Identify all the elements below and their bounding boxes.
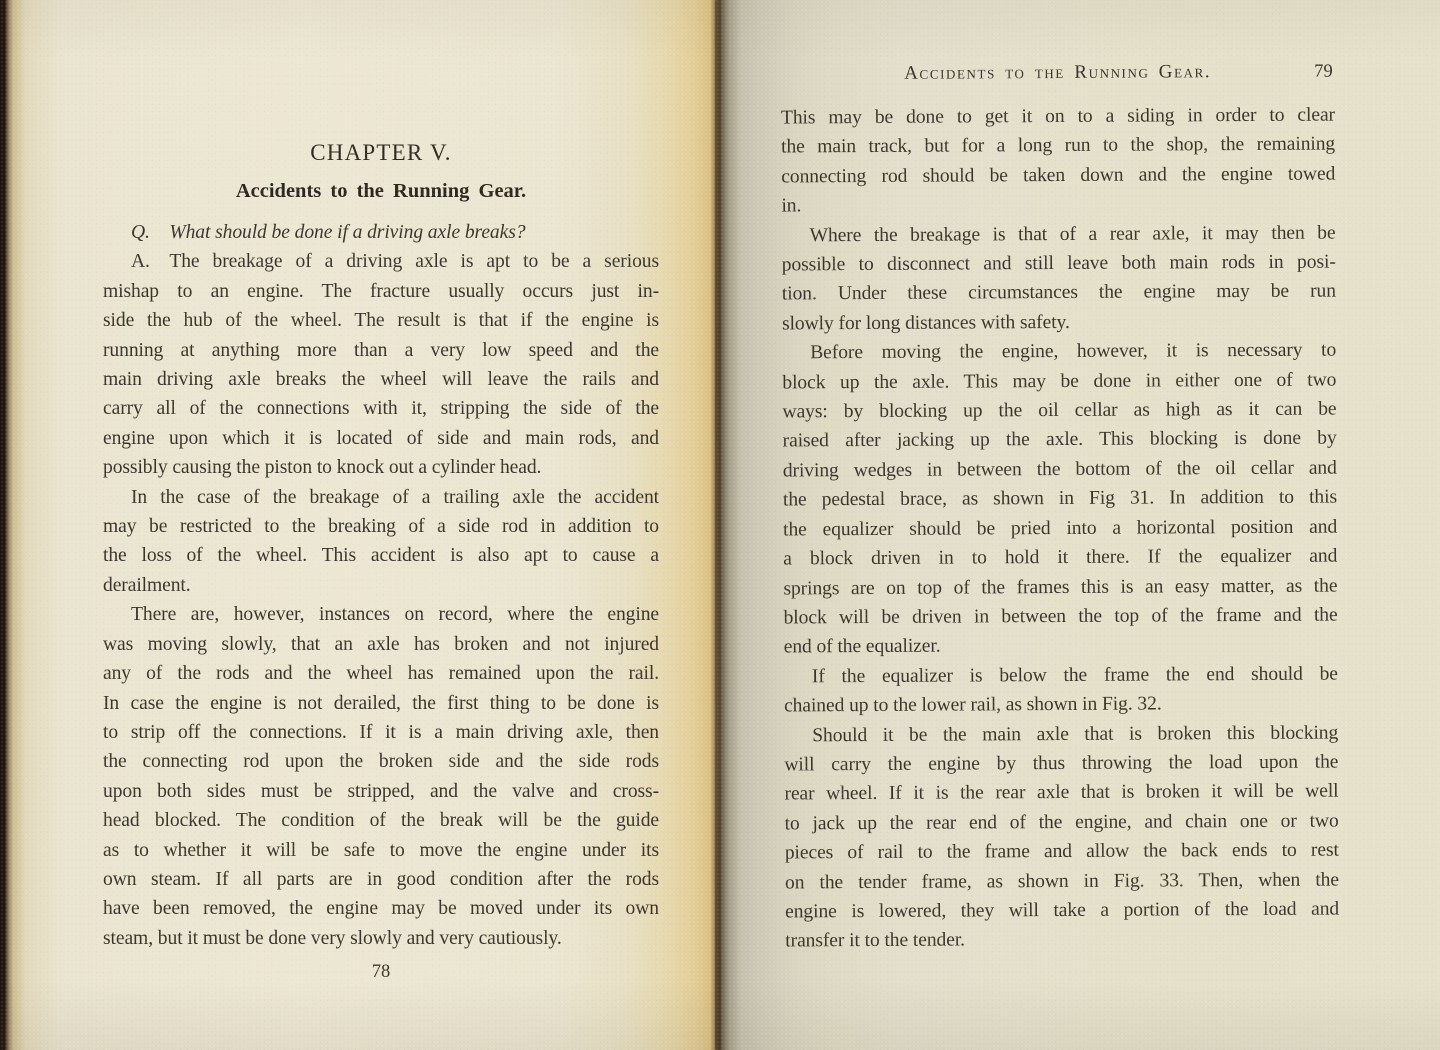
right-page: Accidents to the Running Gear. 79 This m… bbox=[781, 59, 1340, 957]
book-spread: CHAPTER V. Accidents to the Running Gear… bbox=[0, 0, 1440, 1050]
chapter-title: Accidents to the Running Gear. bbox=[103, 178, 659, 204]
text-line: side the hub of the wheel. The result is… bbox=[103, 306, 659, 335]
text-line: steam, but it must be done very slowly a… bbox=[103, 924, 659, 953]
text-line: block up the axle. This may be done in e… bbox=[782, 365, 1336, 397]
text-line: running at anything more than a very low… bbox=[103, 336, 659, 365]
text-line: the pedestal brace, as shown in Fig 31. … bbox=[783, 483, 1337, 515]
left-page: CHAPTER V. Accidents to the Running Gear… bbox=[103, 138, 659, 983]
text-line: Should it be the main axle that is broke… bbox=[784, 718, 1338, 750]
text-line: main driving axle breaks the wheel will … bbox=[103, 365, 659, 394]
paragraph: In the case of the breakage of a trailin… bbox=[103, 483, 659, 601]
text-line: block will be driven in between the top … bbox=[783, 600, 1337, 632]
text-line: on the tender frame, as shown in Fig. 33… bbox=[785, 865, 1339, 897]
text-line: end of the equalizer. bbox=[784, 630, 1338, 662]
text-line: raised after jacking up the axle. This b… bbox=[783, 424, 1337, 456]
paragraph: Should it be the main axle that is broke… bbox=[784, 718, 1339, 956]
text-line: If the equalizer is below the frame the … bbox=[784, 659, 1338, 691]
text-line: to strip off the connections. If it is a… bbox=[103, 718, 659, 747]
text-line: head blocked. The condition of the break… bbox=[103, 806, 659, 835]
text-line: derailment. bbox=[103, 571, 659, 600]
text-line: possible to disconnect and still leave b… bbox=[782, 248, 1336, 280]
paragraph: This may be done to get it on to a sidin… bbox=[781, 101, 1336, 222]
text-line: upon both sides must be stripped, and th… bbox=[103, 777, 659, 806]
text-line: was moving slowly, that an axle has brok… bbox=[103, 630, 659, 659]
running-header: Accidents to the Running Gear. bbox=[781, 59, 1335, 88]
text-line: This may be done to get it on to a sidin… bbox=[781, 101, 1335, 133]
text-line: mishap to an engine. The fracture usuall… bbox=[103, 277, 659, 306]
chapter-heading: CHAPTER V. bbox=[103, 138, 659, 168]
text-line: will carry the engine by thus throwing t… bbox=[784, 747, 1338, 779]
text-line: carry all of the connections with it, st… bbox=[103, 394, 659, 423]
paragraph: If the equalizer is below the frame the … bbox=[784, 659, 1338, 721]
book-gutter-crease bbox=[715, 0, 721, 1050]
text-line: pieces of rail to the frame and allow th… bbox=[785, 836, 1339, 868]
text-line: Where the breakage is that of a rear axl… bbox=[781, 218, 1335, 250]
page-number-right: 79 bbox=[1314, 59, 1333, 85]
paragraph: Q. What should be done if a driving axle… bbox=[103, 218, 659, 247]
text-line: ways: by blocking up the oil cellar as h… bbox=[782, 395, 1336, 427]
text-line: rear wheel. If it is the rear axle that … bbox=[784, 777, 1338, 809]
text-line: There are, however, instances on record,… bbox=[103, 600, 659, 629]
text-line: A. The breakage of a driving axle is apt… bbox=[103, 247, 659, 276]
paragraph: A. The breakage of a driving axle is apt… bbox=[103, 247, 659, 482]
text-line: the equalizer should be pried into a hor… bbox=[783, 512, 1337, 544]
text-line: a block driven in to hold it there. If t… bbox=[783, 542, 1337, 574]
text-line: have been removed, the engine may be mov… bbox=[103, 894, 659, 923]
text-line: engine upon which it is located of side … bbox=[103, 424, 659, 453]
text-line: transfer it to the tender. bbox=[785, 924, 1339, 956]
text-line: In the case of the breakage of a trailin… bbox=[103, 483, 659, 512]
text-line: springs are on top of the frames this is… bbox=[783, 571, 1337, 603]
page-number-left: 78 bbox=[103, 962, 659, 983]
text-line: own steam. If all parts are in good cond… bbox=[103, 865, 659, 894]
left-page-body: Q. What should be done if a driving axle… bbox=[103, 218, 659, 953]
text-line: In case the engine is not derailed, the … bbox=[103, 689, 659, 718]
text-line: slowly for long distances with safety. bbox=[782, 306, 1336, 338]
text-line: Q. What should be done if a driving axle… bbox=[103, 218, 659, 247]
paragraph: There are, however, instances on record,… bbox=[103, 600, 659, 953]
text-line: the connecting rod upon the broken side … bbox=[103, 747, 659, 776]
text-line: engine is lowered, they will take a port… bbox=[785, 895, 1339, 927]
paragraph: Where the breakage is that of a rear axl… bbox=[781, 218, 1336, 339]
text-line: the main track, but for a long run to th… bbox=[781, 130, 1335, 162]
text-line: possibly causing the piston to knock out… bbox=[103, 453, 659, 482]
text-line: as to whether it will be safe to move th… bbox=[103, 836, 659, 865]
text-line: may be restricted to the breaking of a s… bbox=[103, 512, 659, 541]
text-line: the loss of the wheel. This accident is … bbox=[103, 541, 659, 570]
text-line: in. bbox=[781, 189, 1335, 221]
text-line: to jack up the rear end of the engine, a… bbox=[785, 806, 1339, 838]
text-line: chained up to the lower rail, as shown i… bbox=[784, 689, 1338, 721]
right-page-body: This may be done to get it on to a sidin… bbox=[781, 101, 1339, 957]
text-line: connecting rod should be taken down and … bbox=[781, 159, 1335, 191]
text-line: any of the rods and the wheel has remain… bbox=[103, 659, 659, 688]
paragraph: Before moving the engine, however, it is… bbox=[782, 336, 1338, 662]
text-line: driving wedges in between the bottom of … bbox=[783, 453, 1337, 485]
text-line: tion. Under these circumstances the engi… bbox=[782, 277, 1336, 309]
running-header-row: Accidents to the Running Gear. 79 bbox=[781, 59, 1335, 88]
text-line: Before moving the engine, however, it is… bbox=[782, 336, 1336, 368]
